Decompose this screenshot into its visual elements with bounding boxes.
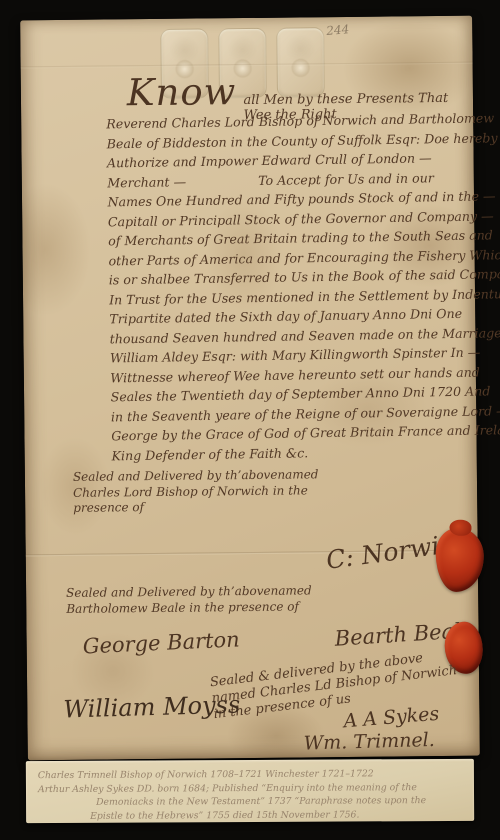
deed-sheet: 244 Know all Men by these Presents That … xyxy=(20,16,480,761)
attestation-beale: Sealed and Delivered by th’abovenamed Ba… xyxy=(66,583,312,617)
attestation-norwich-line: presence of xyxy=(73,498,319,516)
attestation-beale-line: Bartholomew Beale in the presence of xyxy=(66,599,312,617)
annotation-slip-text: Charles Trimnell Bishop of Norwich 1708–… xyxy=(26,759,474,823)
attestation-beale-line: Sealed and Delivered by th’abovenamed xyxy=(66,583,312,601)
annotation-line: Demoniacks in the New Testament” 1737 “P… xyxy=(38,794,474,810)
deed-photograph: 244 Know all Men by these Presents That … xyxy=(0,0,500,840)
wax-seal-norwich-drip xyxy=(449,520,471,536)
deed-opening-word: Know xyxy=(127,74,237,111)
pencil-catalog-number: 244 xyxy=(326,22,350,38)
witness-signature-george-barton: George Barton xyxy=(82,627,240,658)
deed-body-text: Reverend Charles Lord Bishop of Norwich … xyxy=(106,109,467,466)
attestation-norwich: Sealed and Delivered by th’abovenamed Ch… xyxy=(73,467,319,516)
attestation-norwich-line: Charles Lord Bishop of Norwich in the xyxy=(73,483,319,501)
witness-signature-william-moyss: William Moyss xyxy=(63,691,241,724)
signature-wm-trimnel: Wm. Trimnel. xyxy=(303,729,435,755)
wax-seal-norwich xyxy=(435,528,484,592)
annotation-slip: Charles Trimnell Bishop of Norwich 1708–… xyxy=(26,759,474,823)
annotation-line: Epistle to the Hebrews” 1755 died 15th N… xyxy=(38,807,474,823)
attestation-norwich-line: Sealed and Delivered by th’abovenamed xyxy=(73,467,319,485)
signature-aa-sykes: A A Sykes xyxy=(343,703,440,733)
